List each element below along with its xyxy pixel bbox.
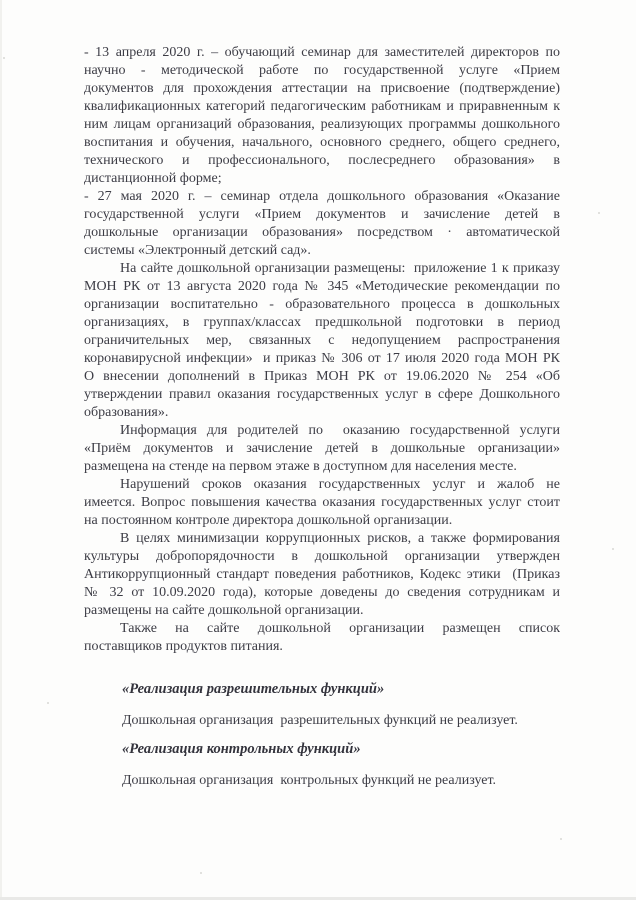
section-heading: «Реализация разрешительных функций» xyxy=(84,680,560,698)
text-line: ним лицам организаций образования, реали… xyxy=(84,116,560,134)
text-line: культуры добропорядочности в дошкольной … xyxy=(84,548,560,566)
statement-line: Дошкольная организация разрешительных фу… xyxy=(84,712,560,730)
text-line: ограничительных мер, связанных с недопущ… xyxy=(84,332,560,350)
text-line: Антикоррупционный стандарт поведения раб… xyxy=(84,566,560,584)
paragraph: В целях минимизации коррупционных рисков… xyxy=(84,530,560,620)
text-line: дошкольные организации образования» поср… xyxy=(84,224,560,242)
text-line: поставщиков продуктов питания. xyxy=(84,638,560,656)
text-line: Информация для родителей по оказанию гос… xyxy=(84,422,560,440)
text-line: системы «Электронный детский сад». xyxy=(84,242,560,260)
paragraph: - 27 мая 2020 г. – семинар отдела дошкол… xyxy=(84,188,560,260)
text-line: Также на сайте дошкольной организации ра… xyxy=(84,620,560,638)
text-line: воспитания и обучения, начального, основ… xyxy=(84,134,560,152)
scan-noise xyxy=(612,548,614,550)
text-line: научно - методической работе по государс… xyxy=(84,62,560,80)
paragraph: На сайте дошкольной организации размещен… xyxy=(84,260,560,422)
paragraph: Информация для родителей по оказанию гос… xyxy=(84,422,560,476)
scan-noise xyxy=(3,57,5,59)
text-line: организации воспитательно - образователь… xyxy=(84,296,560,314)
text-line: дистанционной форме; xyxy=(84,170,560,188)
text-line: В целях минимизации коррупционных рисков… xyxy=(84,530,560,548)
text-line: образования». xyxy=(84,404,560,422)
text-line: коронавирусной инфекции» и приказ № 306 … xyxy=(84,350,560,368)
text-line: утверждении правил оказания государствен… xyxy=(84,386,560,404)
text-line: документов для прохождения аттестации на… xyxy=(84,80,560,98)
paragraph: Нарушений сроков оказания государственны… xyxy=(84,476,560,530)
paragraph: Также на сайте дошкольной организации ра… xyxy=(84,620,560,656)
scanned-document-page: - 13 апреля 2020 г. – обучающий семинар … xyxy=(0,0,636,900)
text-line: МОН РК от 13 августа 2020 года № 345 «Ме… xyxy=(84,278,560,296)
section-heading: «Реализация контрольных функций» xyxy=(84,740,560,758)
scan-noise xyxy=(560,838,562,840)
text-line: имеется. Вопрос повышения качества оказа… xyxy=(84,494,560,512)
text-line: - 13 апреля 2020 г. – обучающий семинар … xyxy=(84,44,560,62)
text-line: - 27 мая 2020 г. – семинар отдела дошкол… xyxy=(84,188,560,206)
scan-noise xyxy=(47,702,49,704)
paragraph: - 13 апреля 2020 г. – обучающий семинар … xyxy=(84,44,560,188)
text-line: размещены на сайте дошкольной организаци… xyxy=(84,602,560,620)
text-line: размещена на стенде на первом этаже в до… xyxy=(84,458,560,476)
text-line: организациях, в группах/классах предшкол… xyxy=(84,314,560,332)
text-line: квалификационных категорий педагогически… xyxy=(84,98,560,116)
text-line: № 32 от 10.09.2020 года), которые доведе… xyxy=(84,584,560,602)
text-line: «Приём документов и зачисление детей в д… xyxy=(84,440,560,458)
text-line: Нарушений сроков оказания государственны… xyxy=(84,476,560,494)
scan-edge-left xyxy=(0,0,2,900)
text-line: технического и профессионального, послес… xyxy=(84,152,560,170)
text-line: на постоянном контроле директора дошколь… xyxy=(84,512,560,530)
document-body: - 13 апреля 2020 г. – обучающий семинар … xyxy=(84,44,560,790)
text-line: государственной услуги «Прием документов… xyxy=(84,206,560,224)
scan-noise xyxy=(598,212,600,214)
text-line: На сайте дошкольной организации размещен… xyxy=(84,260,560,278)
statement-line: Дошкольная организация контрольных функц… xyxy=(84,772,560,790)
text-line: О внесении дополнений в Приказ МОН РК от… xyxy=(84,368,560,386)
scan-noise xyxy=(200,872,202,874)
